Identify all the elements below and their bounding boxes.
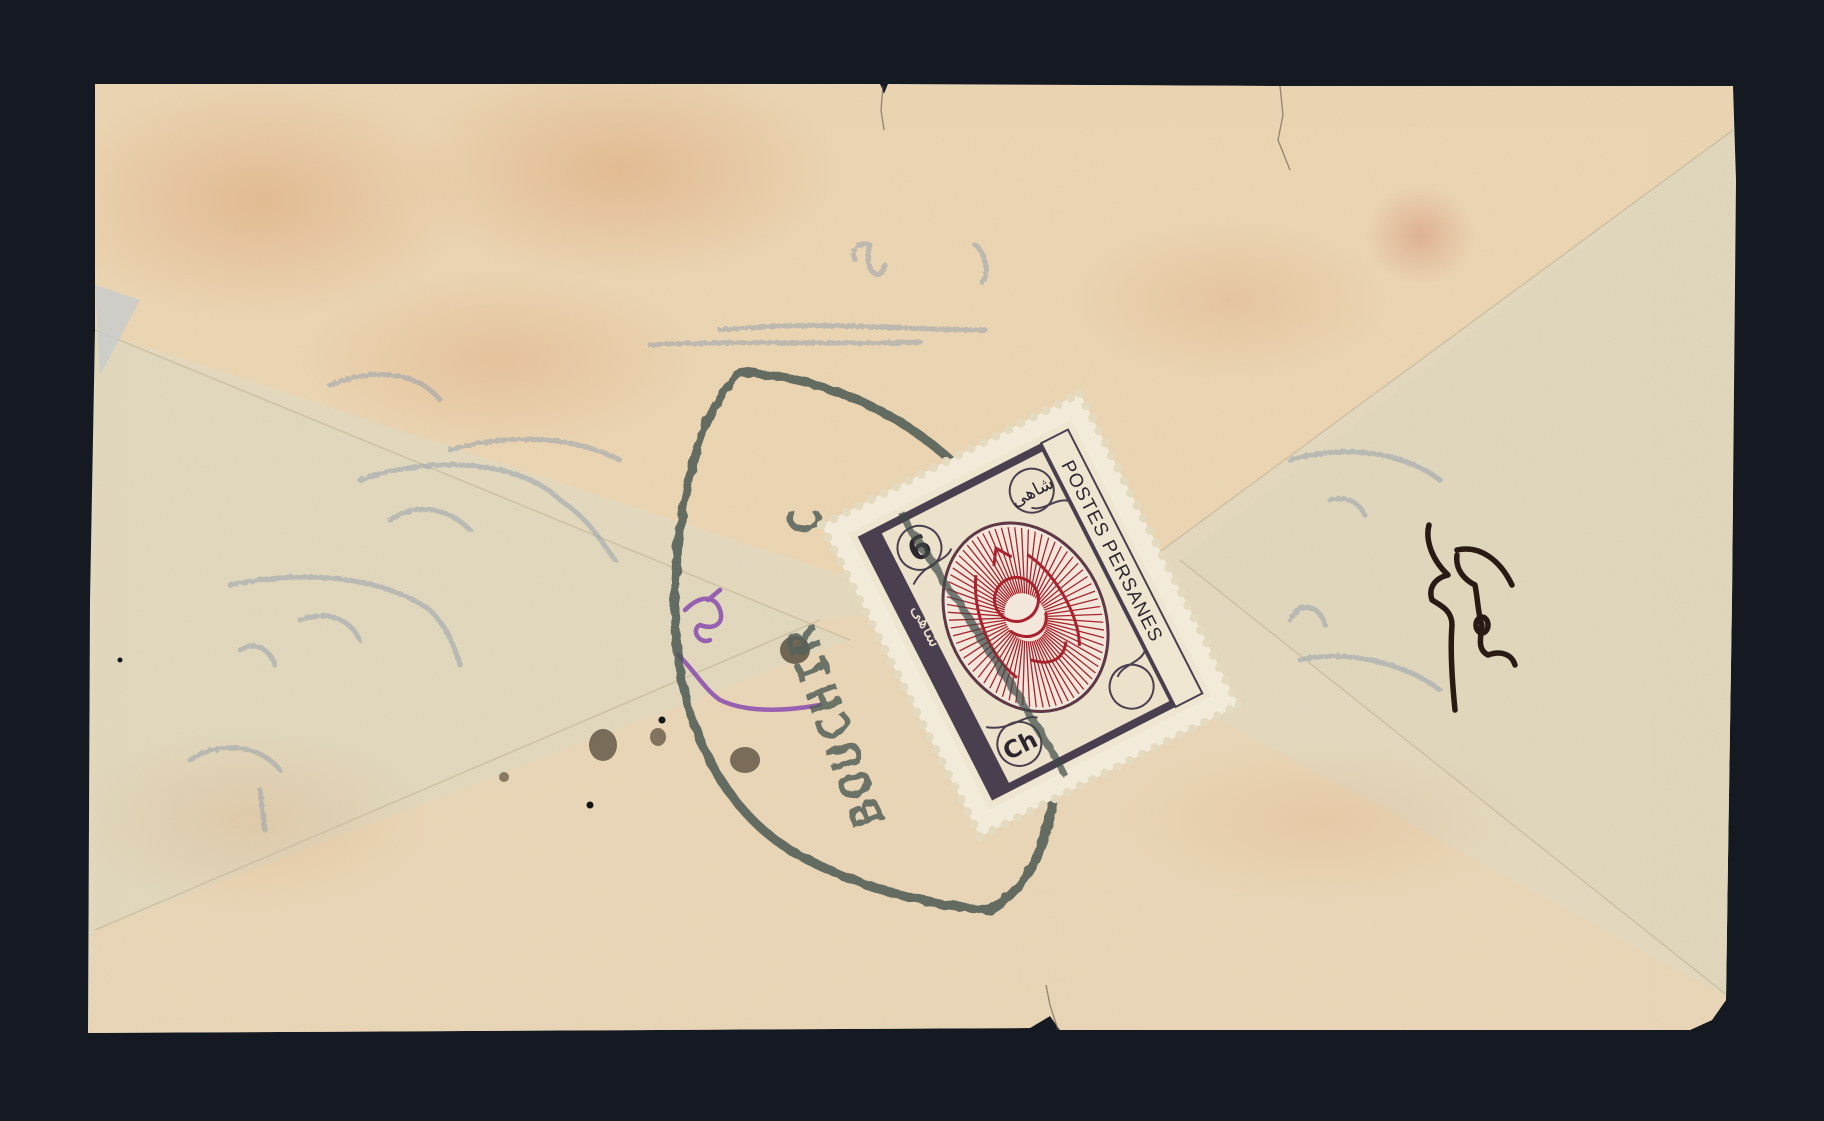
cover-photo: BOUCHIR C xyxy=(0,0,1824,1121)
